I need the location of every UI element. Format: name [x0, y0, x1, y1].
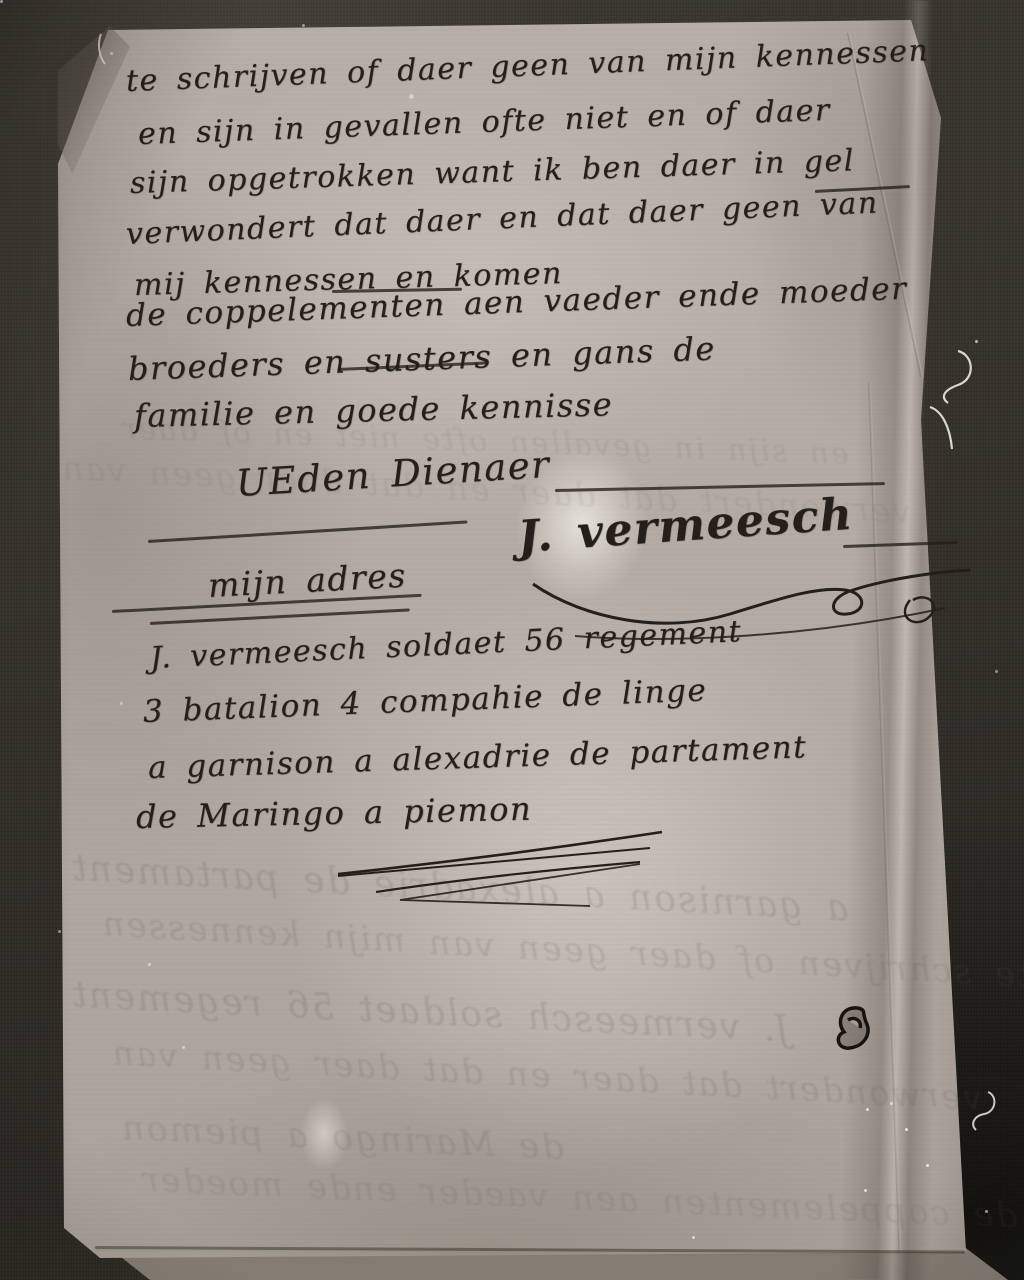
white-scratch — [95, 30, 111, 70]
white-thread — [920, 345, 980, 455]
photo-frame: en sijn in gevallen ofte niet en of daer… — [0, 0, 1024, 1280]
address-flourish — [330, 822, 670, 912]
dust-specks — [0, 0, 3, 3]
signature-flourish — [515, 548, 985, 648]
white-curl — [958, 1086, 998, 1131]
ink-blot — [828, 1000, 878, 1060]
